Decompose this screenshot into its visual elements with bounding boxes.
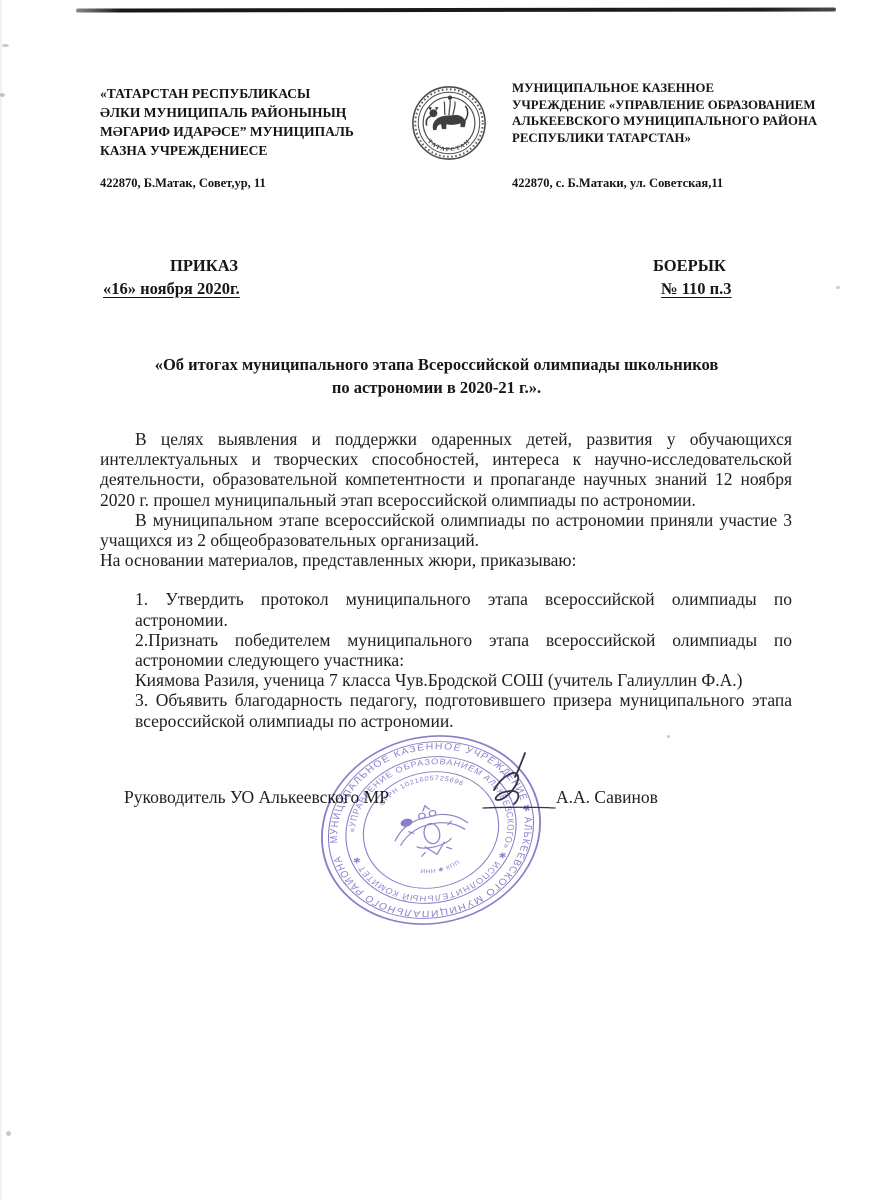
org-name-tatar-line: «ТАТАРСТАН РЕСПУБЛИКАСЫ [100,84,415,103]
stamp-center-emblem [389,797,474,864]
svg-text:ТАТАРСТАН: ТАТАРСТАН [426,139,472,154]
order-label-russian: ПРИКАЗ [170,256,238,276]
org-name-russian-line: АЛЬКЕЕВСКОГО МУНИЦИПАЛЬНОГО РАЙОНА [512,113,847,130]
scan-speck [2,44,9,47]
document-title: «Об итогах муниципального этапа Всеросси… [60,353,813,399]
org-name-russian-line: МУНИЦИПАЛЬНОЕ КАЗЕННОЕ [512,80,847,97]
order-item-1: 1. Утвердить протокол муниципального эта… [135,589,792,629]
order-item-2: 2.Признать победителем муниципального эт… [135,630,792,670]
document-title-line2: по астрономии в 2020-21 г.». [60,376,813,399]
scan-edge-shadow [0,0,2,1200]
scan-speck [6,1131,11,1136]
org-name-russian-line: УЧРЕЖДЕНИЕ «УПРАВЛЕНИЕ ОБРАЗОВАНИЕМ [512,97,847,114]
emblem-ring-label: ТАТАРСТАН [426,139,472,154]
org-name-tatar-line: МӘГАРИФ ИДАРӘСЕ” МУНИЦИПАЛЬ [100,122,415,141]
org-name-tatar: «ТАТАРСТАН РЕСПУБЛИКАСЫ ӘЛКИ МУНИЦИПАЛЬ … [100,84,415,160]
org-address-tatar: 422870, Б.Матак, Совет,ур, 11 [100,176,266,191]
org-name-russian-line: РЕСПУБЛИКИ ТАТАРСТАН» [512,130,847,147]
scan-edge-artifact [76,7,836,12]
org-name-tatar-line: ӘЛКИ МУНИЦИПАЛЬ РАЙОНЫНЫҢ [100,103,415,122]
scan-speck [667,735,670,738]
order-label-tatar: БОЕРЫК [653,256,726,276]
paragraph-participants: В муниципальном этапе всероссийской олим… [100,510,792,550]
handwritten-signature [476,750,568,822]
order-number: № 110 п.3 [661,279,732,299]
scan-speck [0,93,5,97]
tatarstan-coat-of-arms-icon: ТАТАРСТАН [410,84,488,162]
signer-name: А.А. Савинов [556,787,658,808]
scanned-order-document: «ТАТАРСТАН РЕСПУБЛИКАСЫ ӘЛКИ МУНИЦИПАЛЬ … [0,0,873,1200]
document-title-line1: «Об итогах муниципального этапа Всеросси… [60,353,813,376]
org-address-russian: 422870, с. Б.Матаки, ул. Советская,11 [512,176,723,191]
svg-text:ИНН ✱ КПП: ИНН ✱ КПП [418,859,462,879]
org-name-tatar-line: КАЗНА УЧРЕЖДЕНИЕСЕ [100,141,415,160]
paragraph-basis: На основании материалов, представленных … [100,550,792,570]
paragraph-purpose: В целях выявления и поддержки одаренных … [100,429,792,510]
order-date: «16» ноября 2020г. [103,279,240,299]
document-body: В целях выявления и поддержки одаренных … [100,429,792,731]
stamp-ink-blot [400,817,414,828]
order-items: 1. Утвердить протокол муниципального эта… [135,589,792,730]
scan-speck [836,286,840,289]
stamp-inn-kpp-text: ИНН ✱ КПП [418,859,462,879]
order-item-winner: Киямова Разиля, ученица 7 класса Чув.Бро… [135,670,792,690]
org-name-russian: МУНИЦИПАЛЬНОЕ КАЗЕННОЕ УЧРЕЖДЕНИЕ «УПРАВ… [512,80,847,146]
